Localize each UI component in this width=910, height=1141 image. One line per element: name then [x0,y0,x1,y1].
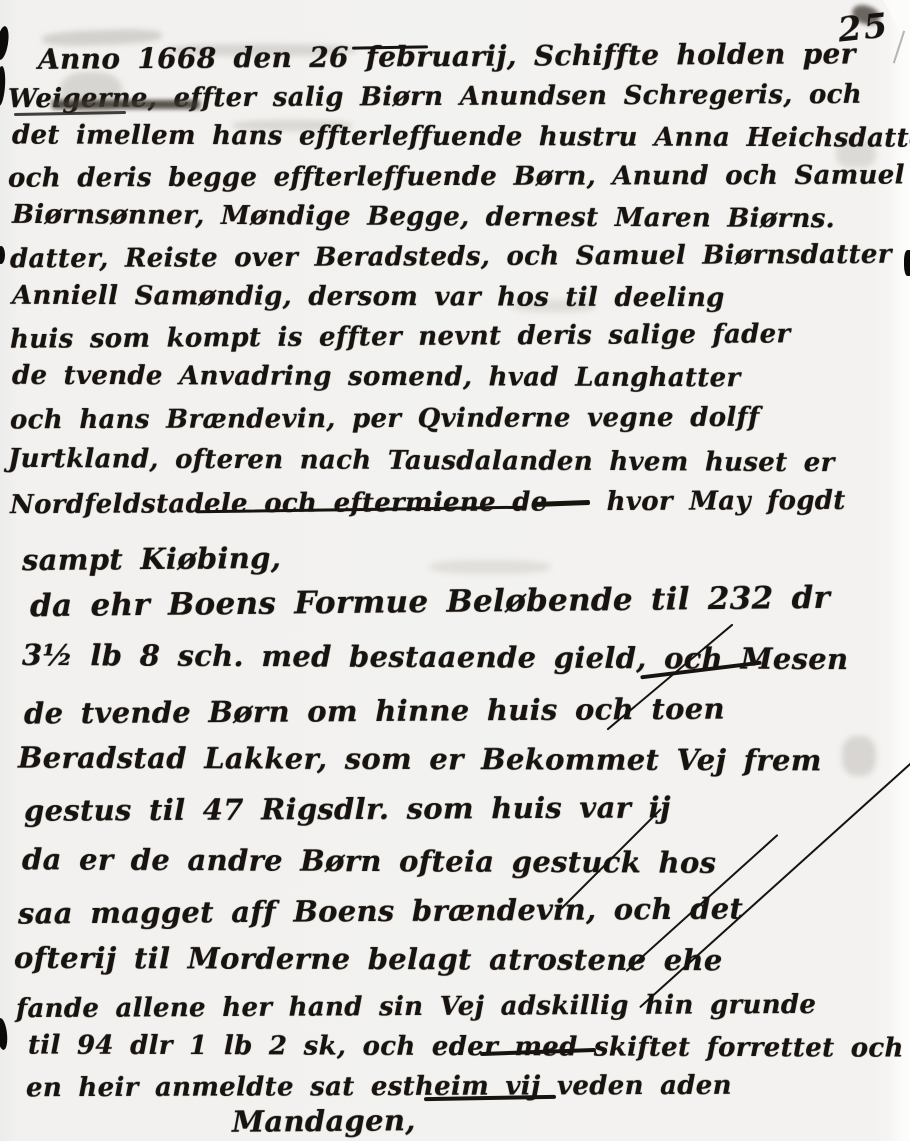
manuscript-line: och hans Brændevin, per Qvinderne vegne … [10,403,760,436]
manuscript-line: Nordfeldstadele och eftermiene de — hvor… [10,486,846,520]
manuscript-line: saa magget aff Boens brændevin, och det [18,891,743,930]
manuscript-line: det imellem hans effterleffuende hustru … [12,120,910,153]
manuscript-line: 3½ lb 8 sch. med bestaaende gield, och M… [22,638,849,676]
manuscript-line: de tvende Anvadring somend, hvad Langhat… [12,361,741,394]
ink-showthrough [842,736,876,776]
manuscript-line: Weigerne, effter salig Biørn Anundsen Sc… [8,80,862,114]
manuscript-page: 25 Anno 1668 den 26 februarij, Schiffte … [0,0,910,1141]
strikethrough-smudge [52,100,200,109]
diagonal-ink-stroke [639,758,910,1008]
manuscript-line: Mandagen, [232,1103,416,1139]
manuscript-line: fande allene her hand sin Vej adskillig … [16,990,816,1024]
manuscript-line: huis som kompt is effter nevnt deris sal… [10,319,791,354]
manuscript-line: Anniell Samøndig, dersom var hos til dee… [12,281,725,313]
manuscript-line: de tvende Børn om hinne huis och toen [24,692,725,731]
manuscript-line: da er de andre Børn ofteia gestuck hos [22,842,716,880]
manuscript-line: til 94 dlr 1 lb 2 sk, och eder med skift… [28,1030,904,1063]
scan-edge-mark [0,1018,9,1051]
scan-edge-mark [0,246,5,264]
manuscript-line: Biørnsønner, Møndige Begge, dernest Mare… [12,200,835,234]
manuscript-line: datter, Reiste over Beradsteds, och Samu… [10,240,892,275]
scan-edge-mark [0,25,11,60]
manuscript-line: da ehr Boens Formue Beløbende til 232 dr [30,580,831,624]
manuscript-line: sampt Kiøbing, [22,541,281,577]
ink-showthrough [430,560,550,574]
manuscript-line: Anno 1668 den 26 februarij, Schiffte hol… [38,37,856,76]
scan-edge-mark [0,66,6,107]
manuscript-line: en heir anmeldte sat estheim vij veden a… [26,1071,732,1103]
manuscript-line: och deris begge effterleffuende Børn, An… [8,160,905,193]
manuscript-line: ofterij til Morderne belagt atrostene eh… [14,941,723,977]
scan-edge-mark [904,250,910,276]
manuscript-line: gestus til 47 Rigsdlr. som huis var ij [24,790,671,827]
manuscript-line: Beradstad Lakker, som er Bekommet Vej fr… [18,741,822,778]
manuscript-line: Jurtkland, ofteren nach Tausdalanden hve… [8,444,835,478]
strikethrough-ink [14,111,126,116]
